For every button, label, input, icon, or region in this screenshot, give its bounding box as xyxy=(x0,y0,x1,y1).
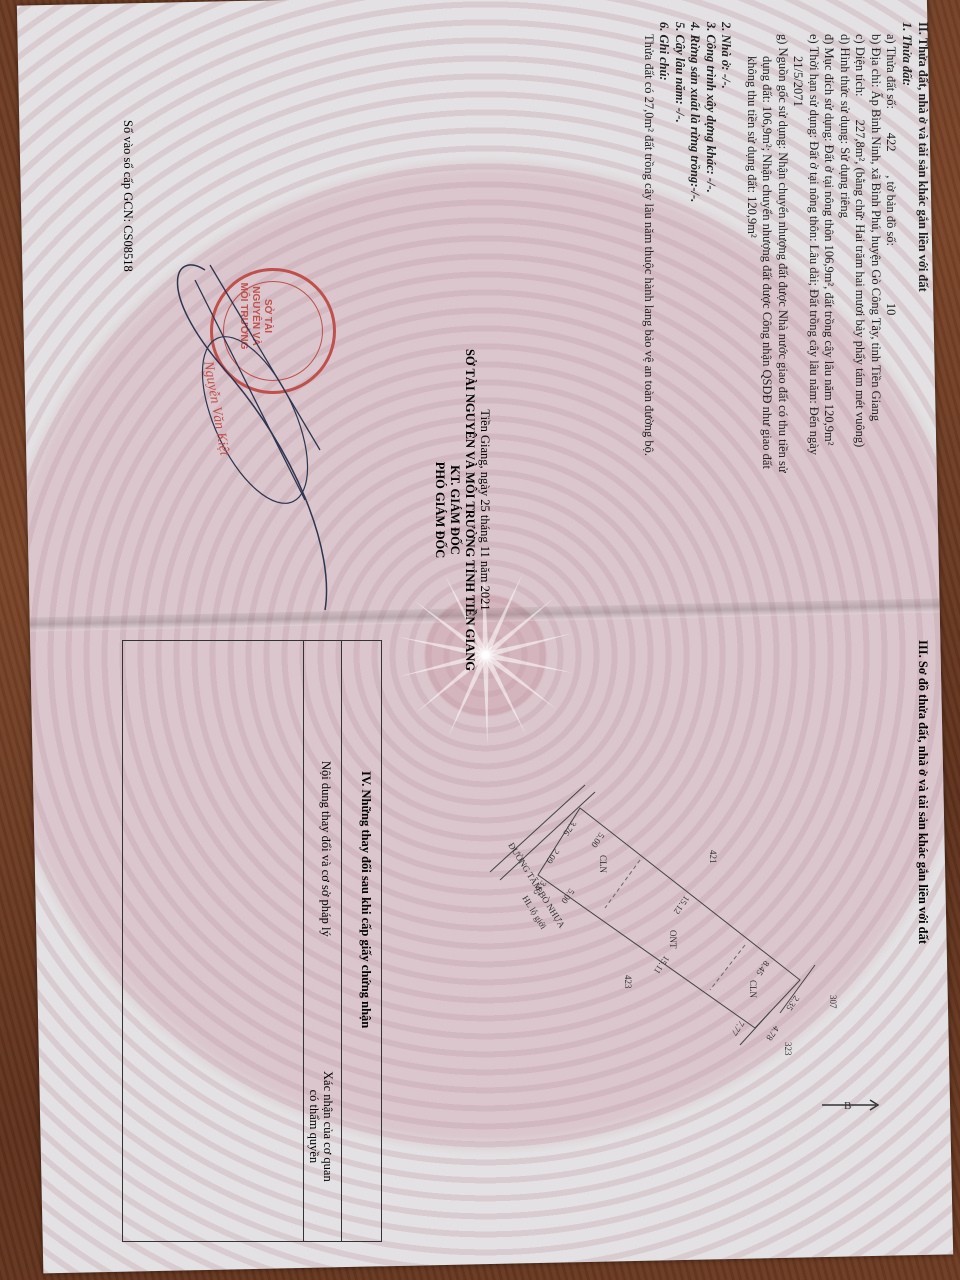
usage-purpose: đ) Mục đích sử dụng: Đất ở tại nông thôn… xyxy=(821,22,837,622)
svg-text:307: 307 xyxy=(828,995,838,1009)
column-confirmation: Xác nhận của cơ quan có thẩm quyền xyxy=(307,1071,335,1182)
svg-text:2.09: 2.09 xyxy=(544,847,562,866)
svg-text:CLN: CLN xyxy=(748,980,758,999)
svg-text:5.00: 5.00 xyxy=(559,887,577,906)
perennial: 5. Cây lâu năm: -/-. xyxy=(672,22,688,622)
area-label: c) Diện tích: xyxy=(854,34,868,96)
section-iii-title: III. Sơ đồ thửa đất, nhà ở và tài sản kh… xyxy=(915,640,930,944)
on-behalf: KT. GIÁM ĐỐC xyxy=(447,250,462,770)
agency: SỞ TÀI NGUYÊN VÀ MÔI TRƯỜNG TỈNH TIỀN GI… xyxy=(462,250,477,770)
address: b) Địa chỉ: Ấp Bình Ninh, xã Bình Phú, h… xyxy=(868,22,884,622)
svg-text:8.45: 8.45 xyxy=(754,959,772,978)
section-iv-title: IV. Những thay đổi sau khi cấp giấy chứn… xyxy=(358,771,373,1028)
section-iv-table: IV. Những thay đổi sau khi cấp giấy chứn… xyxy=(122,640,382,1242)
area-line: c) Diện tích: 227,8m², (bằng chữ: Hai tr… xyxy=(852,22,868,622)
neighbor-421: 421 xyxy=(708,850,718,864)
column-changes: Nội dung thay đổi và cơ sở pháp lý xyxy=(318,761,333,937)
col2-line2: có thẩm quyền xyxy=(307,1071,321,1182)
section-ii-title: II. Thửa đất, nhà ở và tài sản khác gắn … xyxy=(915,22,930,622)
svg-text:ONT: ONT xyxy=(668,930,678,949)
parcel-label: a) Thửa đất số: xyxy=(885,34,899,109)
other-works: 3. Công trình xây dựng khác: -/-. xyxy=(703,22,719,622)
date-line: Tiền Giang, ngày 25 tháng 11 năm 2021 xyxy=(477,250,492,770)
land-heading: 1. Thửa đất: xyxy=(899,22,915,622)
notes-heading: 6. Ghi chú: xyxy=(656,22,672,622)
svg-text:15.12: 15.12 xyxy=(672,894,692,916)
svg-text:5.00: 5.00 xyxy=(589,831,607,850)
svg-text:3.76: 3.76 xyxy=(561,819,579,838)
origin-2: dụng đất: 106,9m²; Nhận chuyển nhượng đấ… xyxy=(759,22,775,622)
origin-1: g) Nguồn gốc sử dụng: Nhận chuyển nhượng… xyxy=(775,22,791,622)
notes: Thửa đất có 27,0m² đất trồng cây lâu năm… xyxy=(641,22,657,622)
signature-block: Tiền Giang, ngày 25 tháng 11 năm 2021 SỞ… xyxy=(432,250,492,770)
usage-form: d) Hình thức sử dụng: Sử dụng riêng xyxy=(837,22,853,622)
signer-title: PHÓ GIÁM ĐỐC xyxy=(432,250,447,770)
signature-scrawl xyxy=(135,250,345,630)
area-value: 227,8m², (bằng chữ: Hai trăm hai mươi bả… xyxy=(854,100,868,448)
north-arrow: B xyxy=(820,1095,880,1120)
parcel-number: 422 xyxy=(883,112,899,172)
usage-term: e) Thời hạn sử dụng: Đất ở tại nông thôn… xyxy=(806,22,822,622)
house: 2. Nhà ở: -/-. xyxy=(718,22,734,622)
parcel-line: a) Thửa đất số: 422 , tờ bản đồ số: 10 xyxy=(883,22,899,622)
svg-text:7.77: 7.77 xyxy=(729,1019,747,1038)
certificate-serial: Số vào sổ cấp GCN: CS08518 xyxy=(120,120,135,272)
north-label: B xyxy=(844,1100,851,1112)
svg-text:423: 423 xyxy=(623,975,633,989)
map-sheet-number: 10 xyxy=(883,249,899,369)
origin-3: không thu tiền sử dụng đất: 120,9m² xyxy=(744,22,760,622)
map-sheet-label: , tờ bản đồ số: xyxy=(885,175,899,246)
usage-term-date: 21/5/2071 xyxy=(790,22,806,622)
svg-text:323: 323 xyxy=(783,1042,793,1056)
section-ii: II. Thửa đất, nhà ở và tài sản khác gắn … xyxy=(641,22,931,622)
col2-line1: Xác nhận của cơ quan xyxy=(321,1071,335,1182)
svg-text:4.78: 4.78 xyxy=(764,1024,782,1043)
svg-text:CLN: CLN xyxy=(598,855,608,874)
forest: 4. Rừng sản xuất là rừng trồng:-/-. xyxy=(687,22,703,622)
parcel-sketch: 421 423 307 323 CLN ONT CLN ĐƯỜNG TẤM BÒ… xyxy=(460,780,860,1060)
